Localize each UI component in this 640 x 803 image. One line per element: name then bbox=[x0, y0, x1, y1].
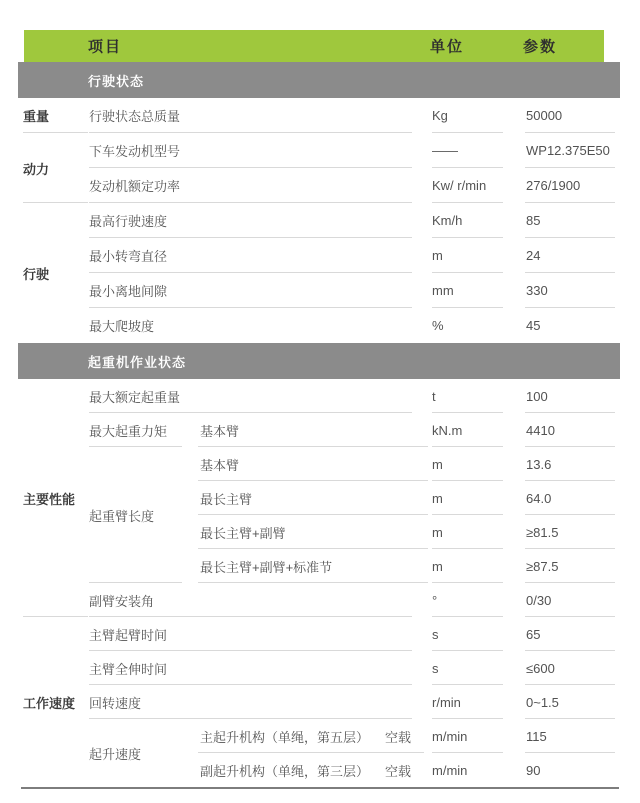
top-margin bbox=[0, 0, 640, 30]
spec-row: 起重臂长度 基本臂 m 13.6 bbox=[20, 447, 620, 481]
unit-cell: Kg bbox=[428, 98, 523, 133]
item-cell: 副臂安装角 bbox=[88, 583, 428, 617]
unit-cell: Km/h bbox=[428, 203, 523, 238]
value-cell: 85 bbox=[523, 203, 620, 238]
unit-cell: m/min bbox=[428, 719, 523, 753]
item-cell: 最小离地间隙 bbox=[88, 273, 428, 308]
spec-sheet-page: 项目 单位 参数 行驶状态 重量 行驶状态总质量 Kg 50000 动力 下车发… bbox=[0, 0, 640, 803]
sub-item-cell: 最长主臂+副臂+标准节 bbox=[198, 549, 428, 583]
unit-cell: Kw/ r/min bbox=[428, 168, 523, 203]
spec-row: 最大爬坡度 % 45 bbox=[20, 308, 620, 343]
spec-row: 重量 行驶状态总质量 Kg 50000 bbox=[20, 98, 620, 133]
unit-cell: kN.m bbox=[428, 413, 523, 447]
unit-cell: r/min bbox=[428, 685, 523, 719]
unit-cell: m/min bbox=[428, 753, 523, 787]
value-cell: 50000 bbox=[523, 98, 620, 133]
value-cell: WP12.375E50 bbox=[523, 133, 620, 168]
value-cell: 276/1900 bbox=[523, 168, 620, 203]
unit-cell: m bbox=[428, 515, 523, 549]
value-cell: 0~1.5 bbox=[523, 685, 620, 719]
section-title: 行驶状态 bbox=[88, 71, 144, 90]
group-cell: 重量 bbox=[20, 98, 88, 133]
unit-cell: % bbox=[428, 308, 523, 343]
value-cell: 90 bbox=[523, 753, 620, 787]
sub-item-cell: 主起升机构（单绳，第五层） bbox=[198, 719, 383, 753]
header-value-label: 参数 bbox=[523, 36, 557, 57]
unit-cell: t bbox=[428, 379, 523, 413]
unit-cell: s bbox=[428, 617, 523, 651]
table-header-background: 项目 单位 参数 bbox=[24, 30, 604, 62]
unit-cell: m bbox=[428, 549, 523, 583]
value-cell: 330 bbox=[523, 273, 620, 308]
item-cell: 主臂起臂时间 bbox=[88, 617, 428, 651]
header-unit-label: 单位 bbox=[430, 36, 464, 57]
sub-item-cell: 最长主臂 bbox=[198, 481, 428, 515]
table-bottom-border bbox=[21, 787, 619, 789]
item-cell: 回转速度 bbox=[88, 685, 428, 719]
group-cell: 工作速度 bbox=[20, 617, 88, 787]
item-cell: 下车发动机型号 bbox=[88, 133, 428, 168]
spec-table-crane: 主要性能 最大额定起重量 t 100 最大起重力矩 基本臂 kN.m 4410 … bbox=[20, 379, 620, 787]
spec-row: 最小离地间隙 mm 330 bbox=[20, 273, 620, 308]
value-cell: ≥81.5 bbox=[523, 515, 620, 549]
item-cell: 发动机额定功率 bbox=[88, 168, 428, 203]
unit-cell: m bbox=[428, 238, 523, 273]
item-cell: 起重臂长度 bbox=[88, 447, 198, 583]
group-cell: 动力 bbox=[20, 133, 88, 203]
value-cell: 24 bbox=[523, 238, 620, 273]
unit-cell: ° bbox=[428, 583, 523, 617]
spec-row: 最大起重力矩 基本臂 kN.m 4410 bbox=[20, 413, 620, 447]
unit-cell: —— bbox=[428, 133, 523, 168]
sub-item-cell: 副起升机构（单绳，第三层） bbox=[198, 753, 383, 787]
value-cell: 0/30 bbox=[523, 583, 620, 617]
group-cell: 行驶 bbox=[20, 203, 88, 343]
table-header-bar: 项目 单位 参数 bbox=[24, 30, 604, 62]
section-bar-travel-state: 行驶状态 bbox=[18, 62, 620, 98]
value-cell: 13.6 bbox=[523, 447, 620, 481]
spec-row: 最小转弯直径 m 24 bbox=[20, 238, 620, 273]
item-cell: 最小转弯直径 bbox=[88, 238, 428, 273]
spec-row: 回转速度 r/min 0~1.5 bbox=[20, 685, 620, 719]
load-state-cell: 空载 bbox=[383, 753, 428, 787]
group-cell: 主要性能 bbox=[20, 379, 88, 617]
value-cell: 64.0 bbox=[523, 481, 620, 515]
header-item-label: 项目 bbox=[88, 36, 122, 57]
spec-row: 副臂安装角 ° 0/30 bbox=[20, 583, 620, 617]
spec-row: 起升速度 主起升机构（单绳，第五层） 空载 m/min 115 bbox=[20, 719, 620, 753]
item-cell: 最高行驶速度 bbox=[88, 203, 428, 238]
value-cell: 45 bbox=[523, 308, 620, 343]
value-cell: 115 bbox=[523, 719, 620, 753]
spec-row: 动力 下车发动机型号 —— WP12.375E50 bbox=[20, 133, 620, 168]
value-cell: 100 bbox=[523, 379, 620, 413]
value-cell: 4410 bbox=[523, 413, 620, 447]
spec-row: 工作速度 主臂起臂时间 s 65 bbox=[20, 617, 620, 651]
item-cell: 主臂全伸时间 bbox=[88, 651, 428, 685]
spec-row: 行驶 最高行驶速度 Km/h 85 bbox=[20, 203, 620, 238]
value-cell: 65 bbox=[523, 617, 620, 651]
sub-item-cell: 基本臂 bbox=[198, 447, 428, 481]
section-bar-crane-work-state: 起重机作业状态 bbox=[18, 343, 620, 379]
item-cell: 最大起重力矩 bbox=[88, 413, 198, 447]
item-cell: 最大额定起重量 bbox=[88, 379, 428, 413]
load-state-cell: 空载 bbox=[383, 719, 428, 753]
item-cell: 行驶状态总质量 bbox=[88, 98, 428, 133]
value-cell: ≥87.5 bbox=[523, 549, 620, 583]
sub-item-cell: 基本臂 bbox=[198, 413, 428, 447]
unit-cell: m bbox=[428, 447, 523, 481]
spec-row: 主臂全伸时间 s ≤600 bbox=[20, 651, 620, 685]
spec-row: 发动机额定功率 Kw/ r/min 276/1900 bbox=[20, 168, 620, 203]
unit-cell: s bbox=[428, 651, 523, 685]
sub-item-cell: 最长主臂+副臂 bbox=[198, 515, 428, 549]
value-cell: ≤600 bbox=[523, 651, 620, 685]
unit-cell: m bbox=[428, 481, 523, 515]
spec-table-travel: 重量 行驶状态总质量 Kg 50000 动力 下车发动机型号 —— WP12.3… bbox=[20, 98, 620, 343]
item-cell: 起升速度 bbox=[88, 719, 198, 787]
spec-row: 主要性能 最大额定起重量 t 100 bbox=[20, 379, 620, 413]
section-title: 起重机作业状态 bbox=[88, 352, 186, 371]
item-cell: 最大爬坡度 bbox=[88, 308, 428, 343]
unit-cell: mm bbox=[428, 273, 523, 308]
